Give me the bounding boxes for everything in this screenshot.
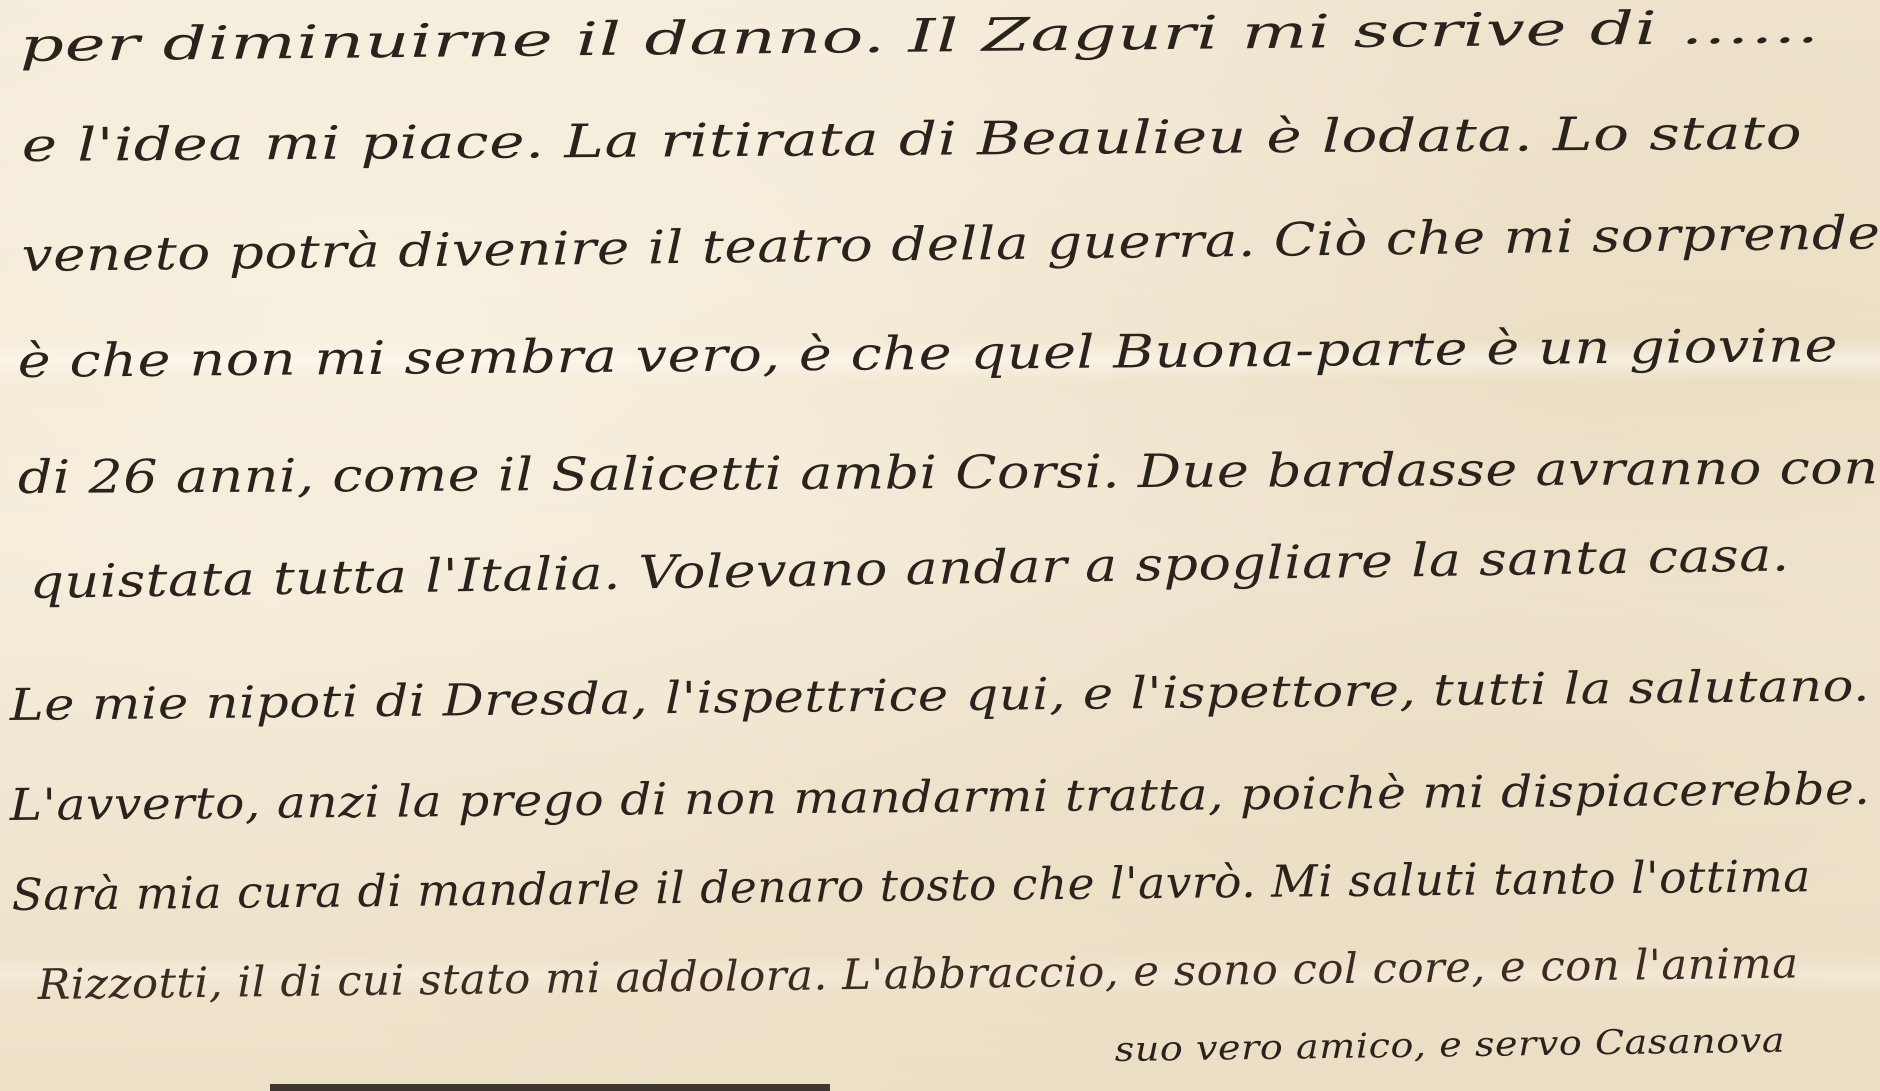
letter-line-8: L'avverto, anzi la prego di non mandarmi…: [10, 764, 1871, 831]
scan-edge-shadow: [270, 1084, 830, 1091]
letter-line-7: Le mie nipoti di Dresda, l'ispettrice qu…: [9, 661, 1870, 731]
letter-line-3: veneto potrà divenire il teatro della gu…: [21, 205, 1880, 282]
signature: suo vero amico, e servo Casanova: [1114, 1021, 1785, 1070]
handwritten-letter: per diminuirne il danno. Il Zaguri mi sc…: [0, 0, 1880, 1091]
letter-line-10: Rizzotti, il di cui stato mi addolora. L…: [37, 938, 1798, 1009]
letter-line-5: di 26 anni, come il Salicetti ambi Corsi…: [18, 440, 1879, 504]
letter-line-9: Sarà mia cura di mandarle il denaro tost…: [11, 851, 1811, 921]
letter-line-6: quistata tutta l'Italia. Volevano andar …: [29, 527, 1790, 609]
letter-line-1: per diminuirne il danno. Il Zaguri mi sc…: [19, 0, 1820, 72]
letter-line-2: e l'idea mi piace. La ritirata di Beauli…: [22, 106, 1803, 172]
letter-line-4: è che non mi sembra vero, è che quel Buo…: [18, 318, 1839, 388]
